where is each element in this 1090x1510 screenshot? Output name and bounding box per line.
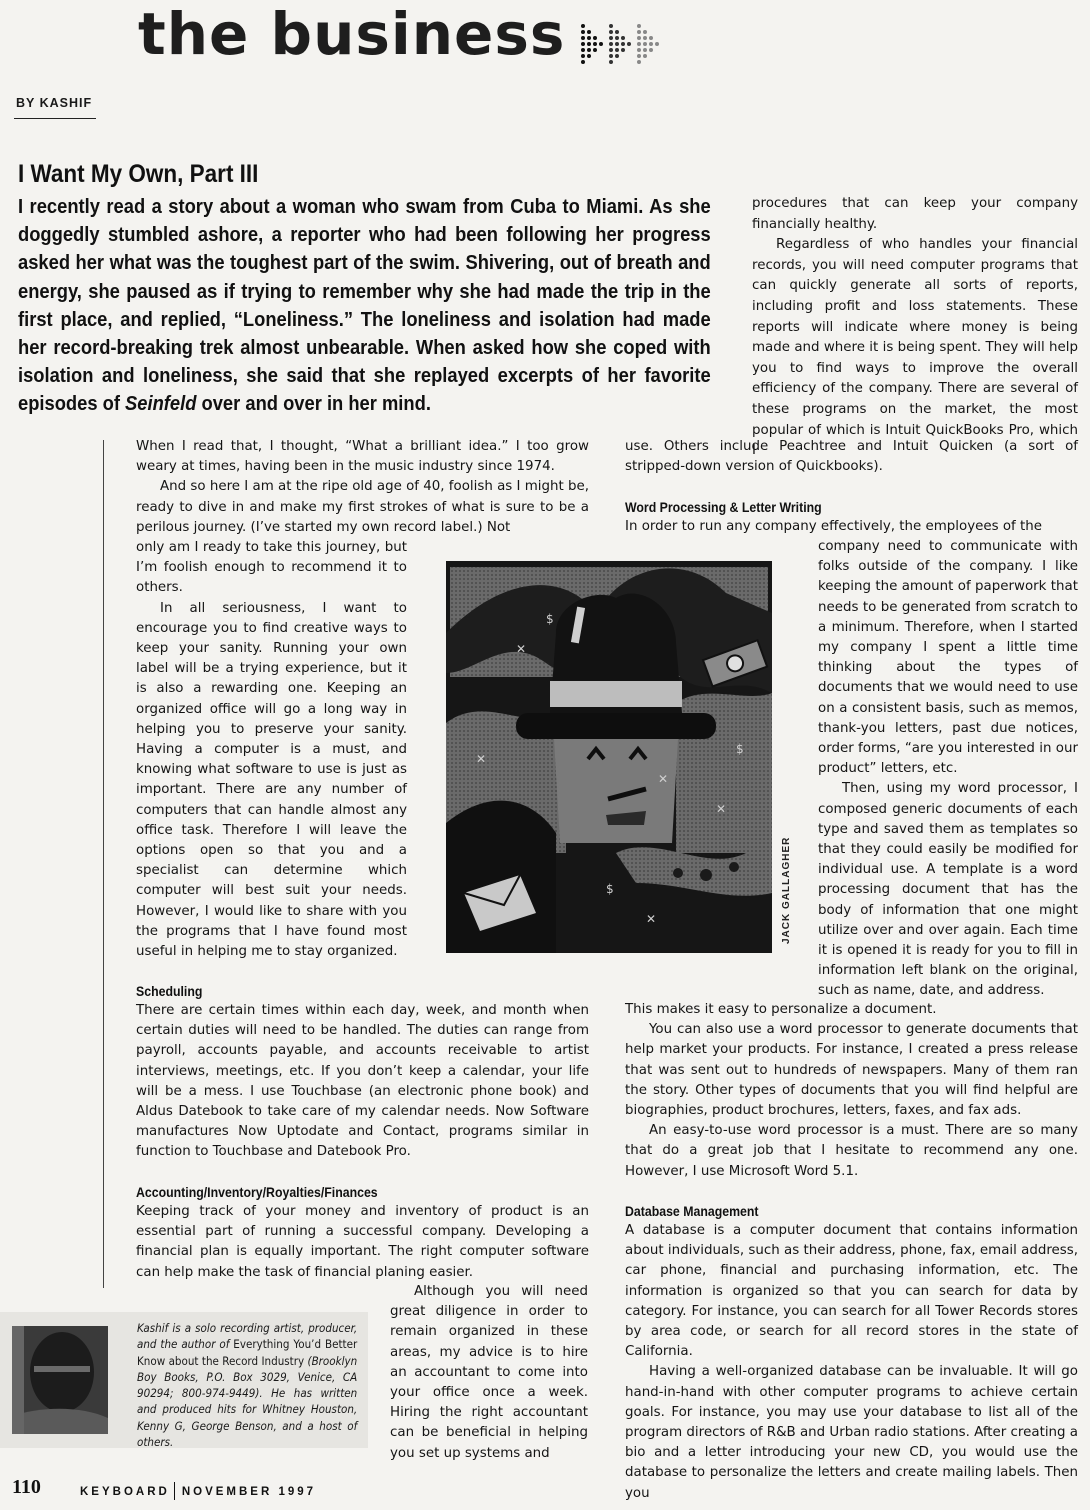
body-paragraph: company need to communicate with folks o… [818, 537, 1078, 779]
magazine-footer: KEYBOARDNOVEMBER 1997 [80, 1482, 316, 1500]
svg-text:✕: ✕ [516, 642, 526, 656]
byline-rule [14, 118, 96, 119]
svg-text:$: $ [546, 612, 554, 626]
body-paragraph: You can also use a word processor to gen… [625, 1020, 1078, 1121]
body-paragraph: Having a well-organized database can be … [625, 1362, 1078, 1503]
svg-text:✕: ✕ [716, 802, 726, 816]
svg-text:$: $ [736, 742, 744, 756]
footer-divider [174, 1482, 175, 1500]
body-paragraph: And so here I am at the ripe old age of … [136, 477, 589, 538]
section-heading-scheduling: Scheduling [136, 981, 202, 1001]
body-paragraph: Keeping track of your money and inventor… [136, 1202, 589, 1283]
author-bio-text: Kashif is a solo recording artist, produ… [137, 1320, 357, 1450]
database-section: A database is a computer document that c… [625, 1221, 1078, 1504]
article-illustration: $$$ ✕✕✕✕✕ [446, 553, 772, 953]
headline: I Want My Own, Part III [18, 160, 258, 189]
word-processing-continued: This makes it easy to personalize a docu… [625, 1000, 1078, 1182]
right-column-top: procedures that can keep your company fi… [752, 194, 1078, 462]
deck-paragraph: I recently read a story about a woman wh… [18, 193, 711, 419]
body-paragraph: An easy-to-use word processor is a must.… [625, 1121, 1078, 1182]
byline: BY KASHIF [16, 96, 92, 110]
body-paragraph: A database is a computer document that c… [625, 1221, 1078, 1362]
left-column-intro: When I read that, I thought, “What a bri… [136, 437, 589, 538]
body-paragraph: use. Others include Peachtree and Intuit… [625, 437, 1078, 477]
body-paragraph: Although you will need great diligence i… [390, 1282, 588, 1464]
section-heading-database: Database Management [625, 1201, 759, 1221]
body-paragraph: There are certain times within each day,… [136, 1001, 589, 1163]
scheduling-section: There are certain times within each day,… [136, 1001, 589, 1163]
word-processing-first-line: In order to run any company effectively,… [625, 517, 1078, 537]
column-rule [103, 440, 104, 1288]
page-number: 110 [12, 1476, 41, 1499]
section-heading-accounting: Accounting/Inventory/Royalties/Finances [136, 1182, 378, 1202]
body-line: This makes it easy to personalize a docu… [625, 1000, 1078, 1020]
word-processing-wrap: company need to communicate with folks o… [818, 537, 1078, 1002]
svg-text:✕: ✕ [658, 772, 668, 786]
magazine-name: KEYBOARD [80, 1486, 170, 1498]
section-heading-word-processing: Word Processing & Letter Writing [625, 497, 822, 517]
body-paragraph: procedures that can keep your company fi… [752, 194, 1078, 235]
right-column-quickbooks: use. Others include Peachtree and Intuit… [625, 437, 1078, 477]
author-photo [12, 1326, 108, 1434]
triple-dotted-arrow-icon [580, 22, 662, 64]
body-paragraph: Then, using my word processor, I compose… [818, 779, 1078, 1001]
body-paragraph: Regardless of who handles your financial… [752, 235, 1078, 462]
left-column-wrap: only am I ready to take this journey, bu… [136, 538, 407, 962]
section-title: the business [138, 4, 565, 64]
body-paragraph: When I read that, I thought, “What a bri… [136, 437, 589, 477]
body-paragraph: In all seriousness, I want to encourage … [136, 599, 407, 963]
svg-text:✕: ✕ [646, 912, 656, 926]
show-title: Seinfeld [125, 392, 196, 415]
issue-date: NOVEMBER 1997 [182, 1486, 316, 1498]
body-paragraph: only am I ready to take this journey, bu… [136, 538, 407, 599]
svg-text:✕: ✕ [476, 752, 486, 766]
body-line: In order to run any company effectively,… [625, 517, 1078, 537]
svg-text:$: $ [606, 882, 614, 896]
illustration-credit: JACK GALLAGHER [781, 837, 792, 944]
accountant-paragraph: Although you will need great diligence i… [390, 1282, 588, 1464]
accounting-section: Keeping track of your money and inventor… [136, 1202, 589, 1283]
